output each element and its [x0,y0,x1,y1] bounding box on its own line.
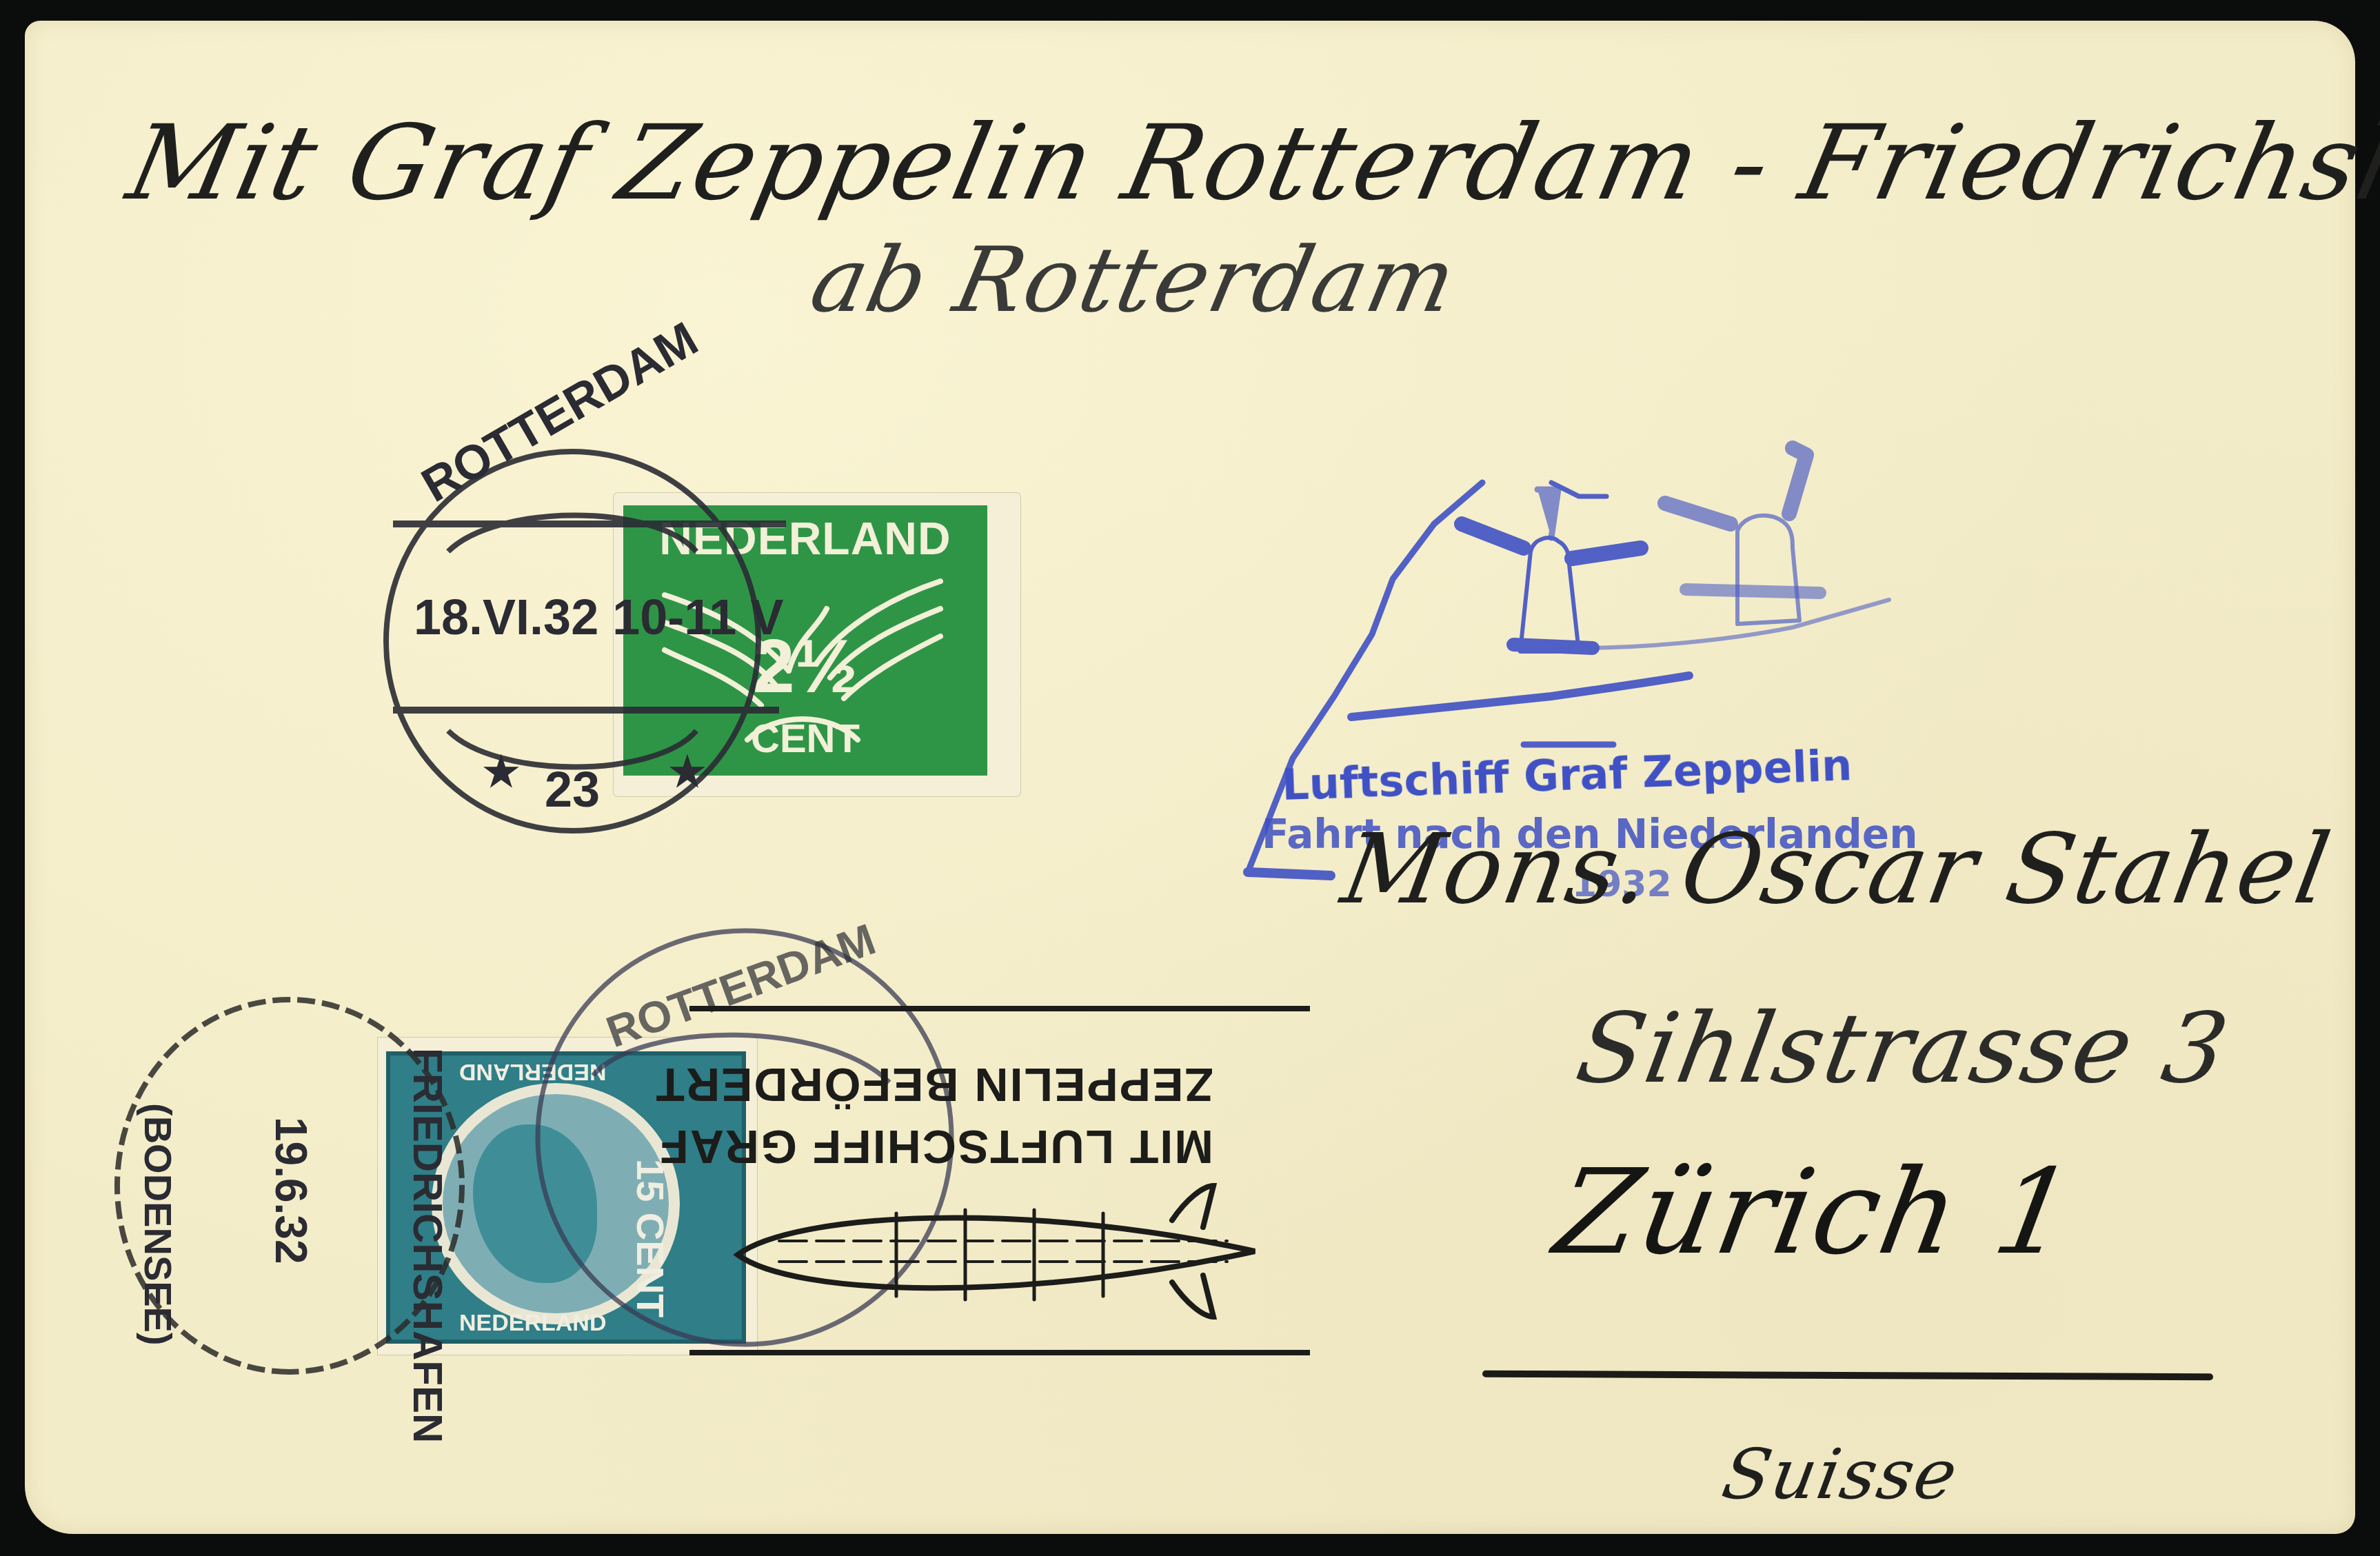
svg-text:18.VI.32 10-11 V: 18.VI.32 10-11 V [414,590,783,645]
svg-text:(BODENSEE): (BODENSEE) [137,1103,180,1346]
machine-slogan-cancel: MIT LUFTSCHIFF GRAF ZEPPELIN BEFÖRDERT [655,1009,1311,1353]
svg-text:MIT LUFTSCHIFF GRAF: MIT LUFTSCHIFF GRAF [658,1120,1213,1173]
svg-text:★: ★ [483,749,520,795]
friedrichshafen-cancel: FRIEDRICHSHAFEN 19.6.32 (BODENSEE) [117,1000,462,1443]
svg-text:19.6.32: 19.6.32 [266,1117,316,1264]
svg-text:★: ★ [669,749,706,795]
postmarks-overlay: ROTTERDAM 18.VI.32 10-11 V ★ 23 ★ FRIEDR… [0,0,2380,1556]
svg-text:ZEPPELIN BEFÖRDERT: ZEPPELIN BEFÖRDERT [655,1058,1214,1111]
svg-text:FRIEDRICHSHAFEN: FRIEDRICHSHAFEN [405,1048,451,1443]
svg-text:ROTTERDAM: ROTTERDAM [413,312,707,512]
svg-text:23: 23 [545,762,600,818]
zeppelin-icon [738,1186,1255,1317]
